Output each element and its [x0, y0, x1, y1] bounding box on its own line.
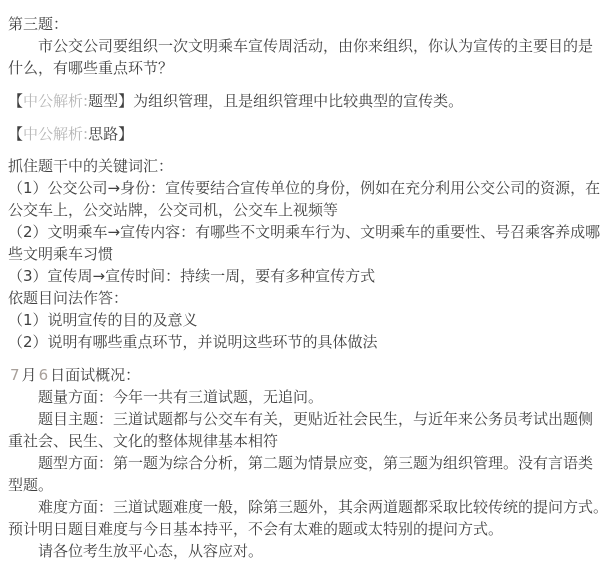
answer-method-intro: 依题目问法作答：: [8, 287, 606, 309]
analysis-type-bracket: 【: [8, 92, 23, 110]
overview-difficulty-line2: 预计明日题目难度与今日基本持平，不会有太难的题或太特别的提问方式。: [8, 518, 606, 540]
answer-method-item1: （1）说明宣传的目的及意义: [8, 309, 606, 331]
keywords-item3: （3）宣传周→宣传时间：持续一周，要有多种宣传方式: [8, 265, 606, 287]
answer-method-item2: （2）说明有哪些重点环节，并说明这些环节的具体做法: [8, 331, 606, 353]
overview-difficulty-line1: 难度方面：三道试题难度一般，除第三题外，其余两道题都采取比较传统的提问方式。: [8, 496, 606, 518]
document-body: 第三题： 市公交公司要组织一次文明乘车宣传周活动，由你来组织，你认为宣传的主要目…: [0, 0, 606, 562]
keywords-item1-line1: （1）公交公司→身份：宣传要结合宣传单位的身份，例如在充分利用公交公司的资源，在: [8, 177, 606, 199]
overview-topic-line1: 题目主题：三道试题都与公交车有关，更贴近社会民生，与近年来公务员考试出题侧: [8, 408, 606, 430]
overview-quantity: 题量方面：今年一共有三道试题，无追问。: [8, 386, 606, 408]
overview-type-line2: 型题。: [8, 474, 606, 496]
section-gap: [8, 79, 606, 90]
analysis-idea-line: 【中公解析:思路】: [8, 123, 606, 145]
analysis-type-content: 为组织管理，且是组织管理中比较典型的宣传类。: [133, 92, 463, 110]
keywords-item2-line2: 些文明乘车习惯: [8, 243, 606, 265]
overview-type-line1: 题型方面：第一题为综合分析，第二题为情景应变，第三题为组织管理。没有言语类: [8, 452, 606, 474]
zhonggong-watermark: 中公解析:: [23, 125, 88, 143]
keywords-item1-line2: 公交车上，公交站牌，公交司机，公交车上视频等: [8, 199, 606, 221]
overview-month-char: 月: [22, 366, 37, 384]
question3-text-line2: 什么，有哪些重点环节？: [8, 57, 606, 79]
section-gap: [8, 145, 606, 155]
question3-heading: 第三题：: [8, 13, 606, 35]
analysis-type-line: 【中公解析:题型】为组织管理，且是组织管理中比较典型的宣传类。: [8, 90, 606, 112]
keywords-item2-line1: （2）文明乘车→宣传内容：有哪些不文明乘车行为、文明乘车的重要性、号召乘客养成哪: [8, 221, 606, 243]
overview-closing: 请各位考生放平心态，从容应对。: [8, 540, 606, 562]
keywords-intro: 抓住题干中的关键词汇：: [8, 155, 606, 177]
analysis-idea-bracket: 【: [8, 125, 23, 143]
analysis-idea-label: 思路】: [88, 125, 133, 143]
section-gap: [8, 112, 606, 123]
analysis-type-label: 题型】: [88, 92, 133, 110]
zhonggong-watermark: 中公解析:: [23, 92, 88, 110]
overview-day-digit: 6: [37, 366, 51, 384]
section-gap: [8, 353, 606, 364]
overview-heading: 7月6日面试概况：: [8, 364, 606, 386]
overview-heading-rest: 日面试概况：: [50, 366, 140, 384]
overview-month-digit: 7: [8, 366, 22, 384]
overview-topic-line2: 重社会、民生、文化的整体规律基本相符: [8, 430, 606, 452]
question3-text-line1: 市公交公司要组织一次文明乘车宣传周活动，由你来组织，你认为宣传的主要目的是: [8, 35, 606, 57]
